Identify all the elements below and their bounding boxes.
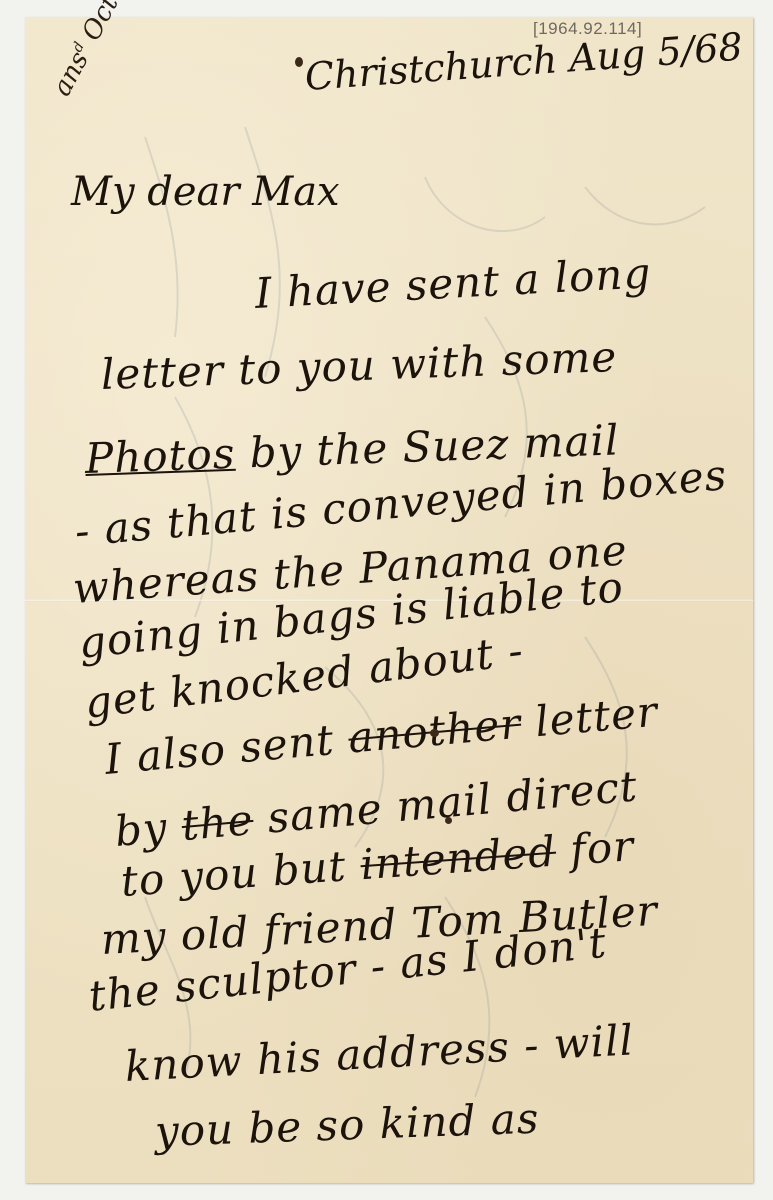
struck-word: intended xyxy=(359,827,558,890)
letter-line: I have sent a long xyxy=(254,248,653,318)
letter-line: letter to you with some xyxy=(100,332,618,399)
ink-blot xyxy=(445,817,452,824)
annotation-date: Oct 31/68 xyxy=(76,0,163,46)
salutation: My dear Max xyxy=(71,169,340,215)
letter-line: you be so kind as xyxy=(154,1094,540,1156)
ink-blot xyxy=(430,729,439,737)
ink-blot xyxy=(295,57,303,67)
struck-word: the xyxy=(180,795,256,850)
letter-page: [1964.92.114] ansd Oct 31/68 Christchurc… xyxy=(25,17,753,1183)
letter-line: know his address - will xyxy=(124,1015,635,1091)
underlined-word: Photos xyxy=(84,429,236,483)
annotation-prefix: ans xyxy=(47,47,95,101)
reply-annotation: ansd Oct 31/68 xyxy=(47,0,164,101)
dateline: Christchurch Aug 5/68 xyxy=(303,24,744,98)
